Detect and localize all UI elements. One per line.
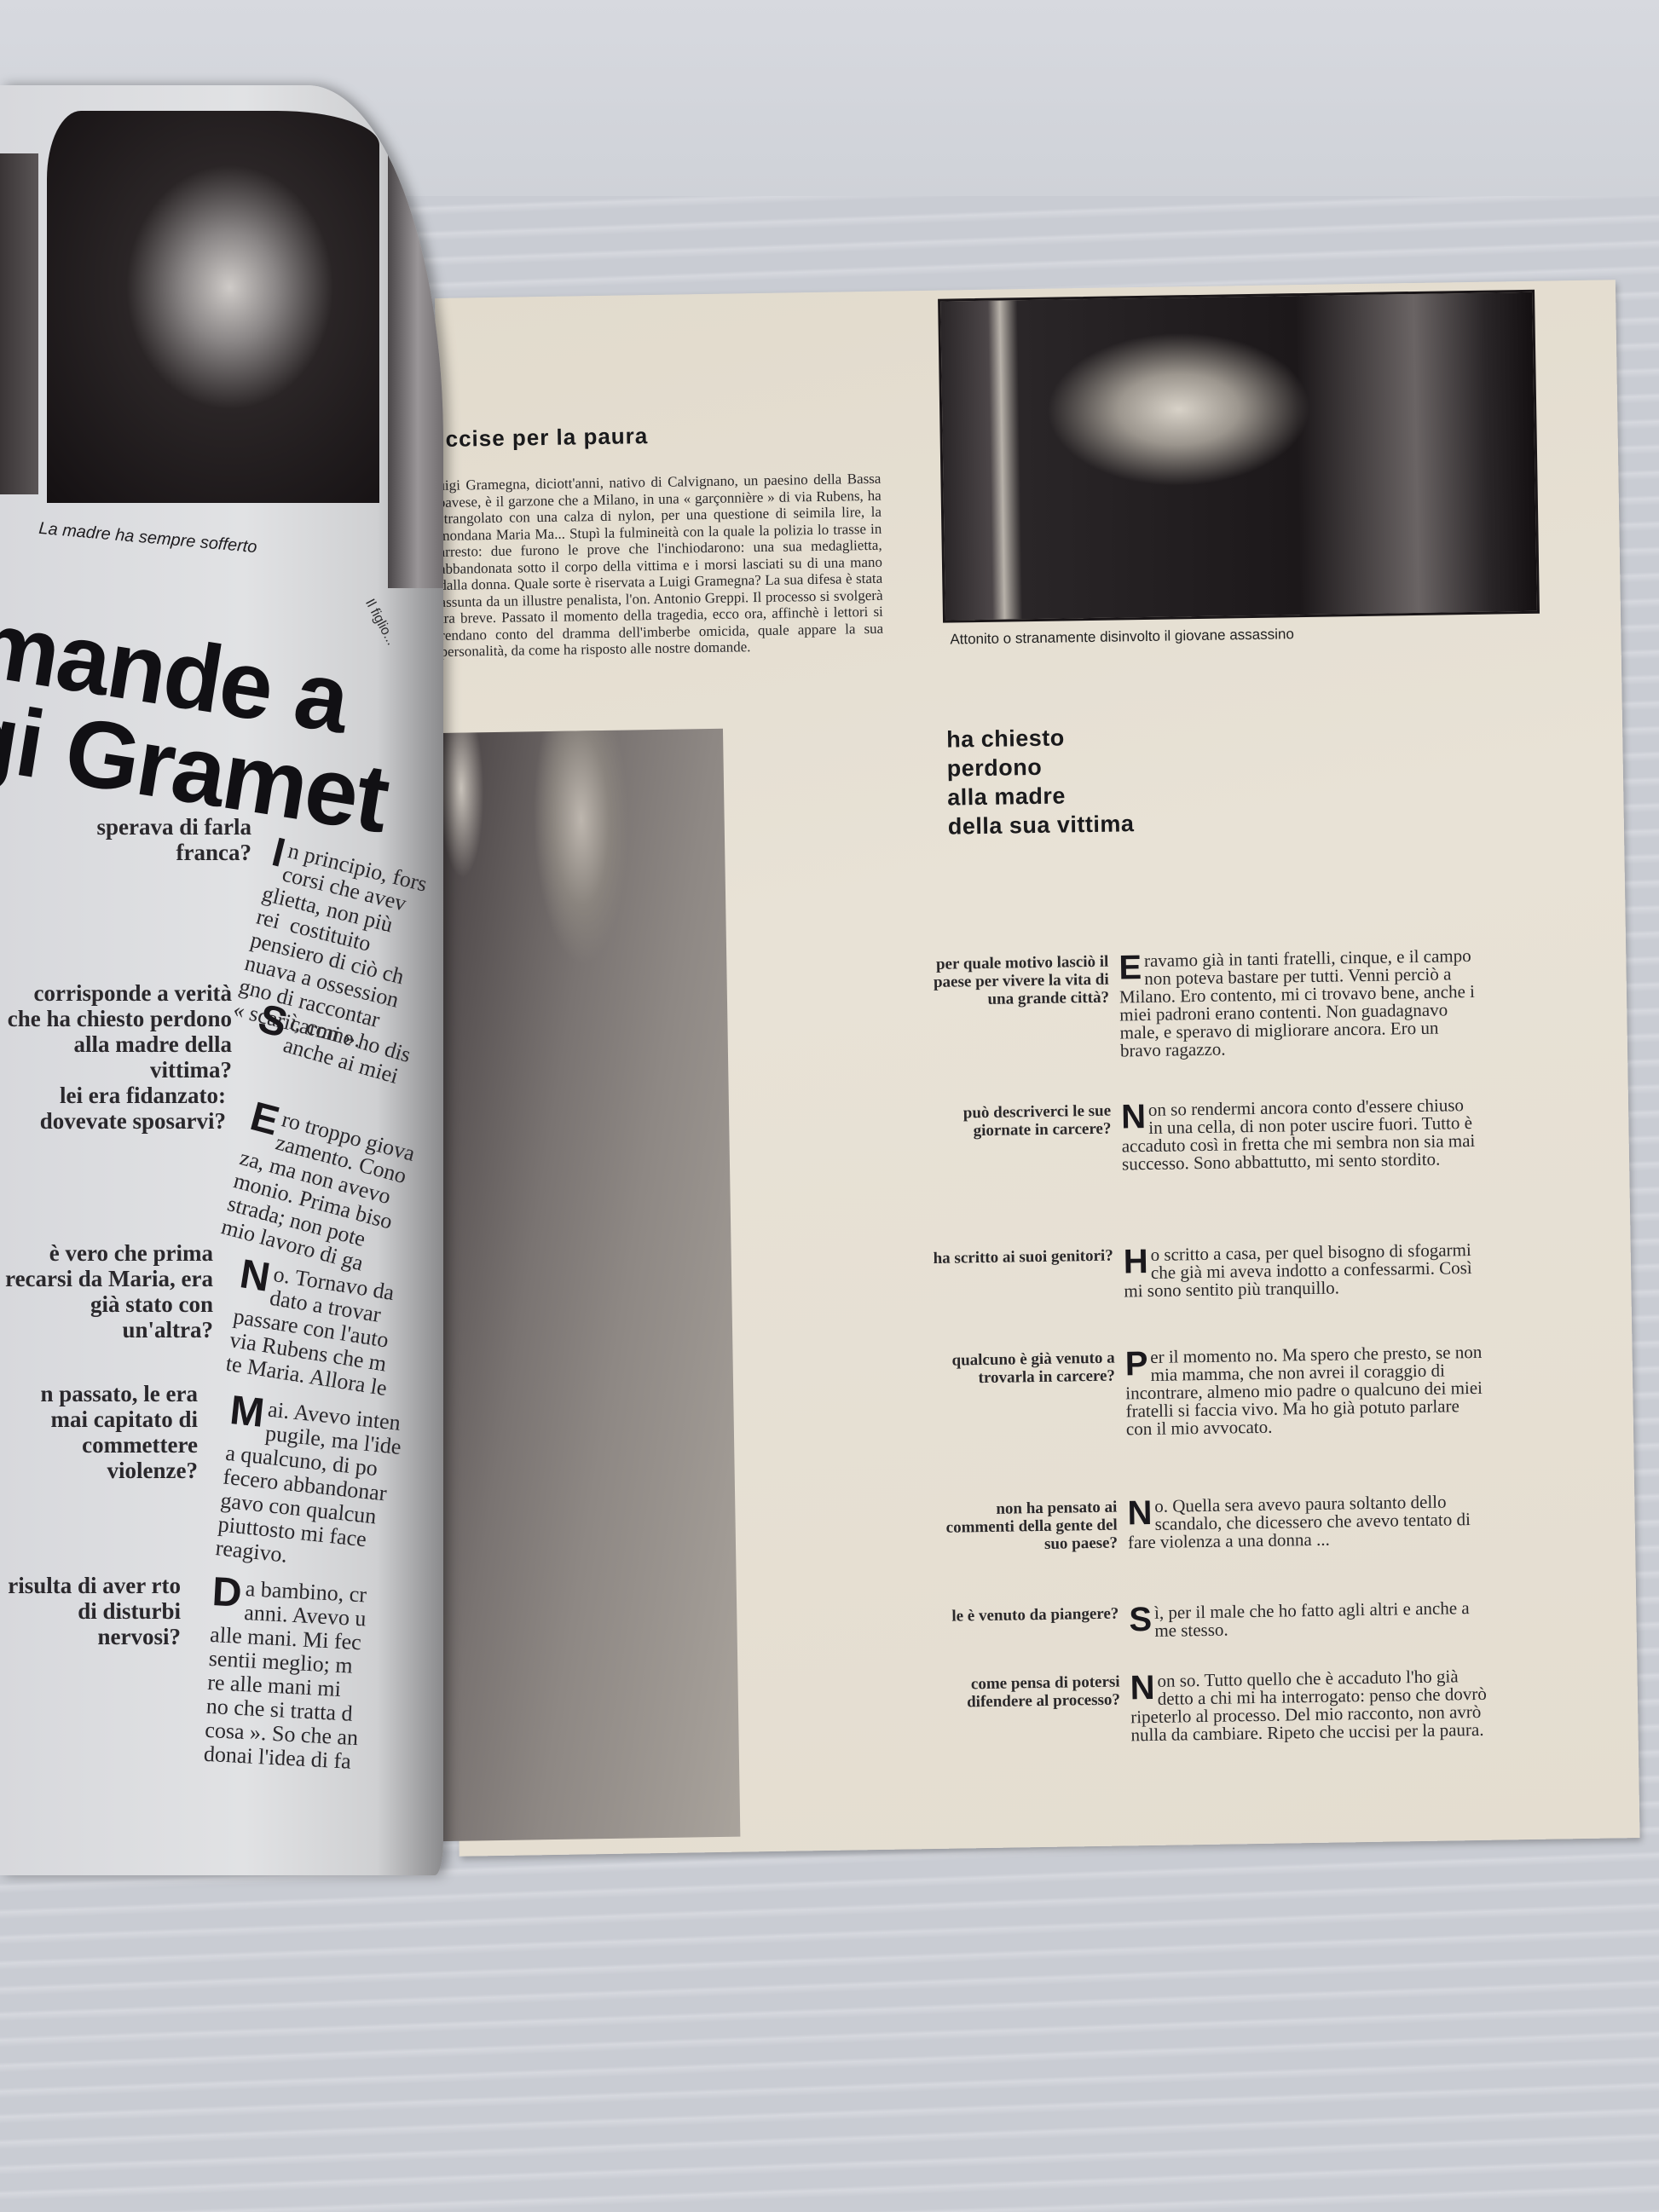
- qa-item: ha scritto ai suoi genitori? Ho scritto …: [928, 1239, 1610, 1303]
- photo-son-partial: [388, 145, 443, 588]
- drop-cap: S: [1129, 1604, 1152, 1635]
- photo-young-man-in-car: [938, 290, 1540, 623]
- answer-text: ravamo già in tanti fratelli, cinque, e …: [1119, 945, 1475, 1060]
- caption-son-photo: Il figlio...: [361, 597, 398, 648]
- answer: Ho scritto a casa, per quel bisogno di s…: [1124, 1241, 1483, 1301]
- answer: Sì, per il male che ho fatto agli altri …: [1129, 1599, 1488, 1641]
- drop-cap: M: [228, 1394, 266, 1431]
- question: risulta di aver rto di disturbi nervosi?: [0, 1573, 181, 1649]
- answer-text: ì, per il male che ho fatto agli altri e…: [1154, 1597, 1470, 1641]
- drop-cap: N: [1130, 1672, 1154, 1703]
- question: per quale motivo lasciò il paese per viv…: [922, 952, 1120, 1063]
- answer-text: on so. Tutto quello che è accaduto l'ho …: [1130, 1666, 1487, 1745]
- qa-item: non ha pensato ai commenti della gente d…: [931, 1490, 1614, 1555]
- question: n passato, le era mai capitato di commet…: [0, 1381, 198, 1483]
- answer-text: o scritto a casa, per quel bisogno di sf…: [1124, 1239, 1472, 1301]
- qa-item: come pensa di potersi difendere al proce…: [934, 1665, 1616, 1747]
- intro-title: ccise per la paura: [445, 423, 648, 453]
- caption-car-photo: Attonito o stranamente disinvolto il gio…: [950, 626, 1294, 648]
- answer: Non so. Tutto quello che è accaduto l'ho…: [1130, 1667, 1488, 1745]
- drop-cap: N: [1121, 1101, 1146, 1132]
- answer-text: er il momento no. Ma spero che presto, s…: [1125, 1342, 1483, 1440]
- answer: No. Quella sera avevo paura soltanto del…: [1127, 1493, 1486, 1552]
- drop-cap: H: [1124, 1246, 1148, 1277]
- right-page: ccise per la paura uigi Gramegna, diciot…: [435, 280, 1640, 1857]
- answer: Per il momento no. Ma spero che presto, …: [1124, 1343, 1484, 1439]
- drop-cap: P: [1124, 1349, 1147, 1379]
- question: ha scritto ai suoi genitori?: [928, 1246, 1124, 1303]
- subheadline-line: perdono: [946, 751, 1133, 783]
- subheadline-line: alla madre: [947, 780, 1134, 811]
- question: corrisponde a verità che ha chiesto perd…: [0, 980, 232, 1083]
- qa-item: le è venuto da piangere? Sì, per il male…: [933, 1597, 1616, 1643]
- question: non ha pensato ai commenti della gente d…: [931, 1498, 1128, 1555]
- drop-cap: N: [1127, 1498, 1152, 1528]
- subheadline-line: ha chiesto: [946, 722, 1133, 754]
- drop-cap: N: [238, 1257, 273, 1296]
- caption-mother-photo: La madre ha sempre sofferto: [38, 519, 257, 557]
- answer: No. Tornavo da dato a trovar passare con…: [224, 1257, 403, 1401]
- headline: mande a gi Gramet: [0, 597, 408, 846]
- question: come pensa di potersi difendere al proce…: [934, 1672, 1130, 1747]
- qa-item: per quale motivo lasciò il paese per viv…: [922, 945, 1606, 1064]
- photo-partial-left: [0, 153, 38, 494]
- answer: Mai. Avevo inten pugile, ma l'ide a qual…: [215, 1394, 402, 1578]
- answer: Non so rendermi ancora conto d'essere ch…: [1121, 1096, 1480, 1174]
- qa-item: può descriverci le sue giornate in carce…: [925, 1094, 1608, 1177]
- drop-cap: E: [1119, 952, 1142, 983]
- question: le è venuto da piangere?: [933, 1604, 1130, 1643]
- question: qualcuno è già venuto a trovarla in carc…: [928, 1349, 1126, 1441]
- intro-paragraph: uigi Gramegna, diciott'anni, nativo di C…: [437, 471, 883, 661]
- qa-item: qualcuno è già venuto a trovarla in carc…: [928, 1341, 1612, 1441]
- question: può descriverci le sue giornate in carce…: [925, 1101, 1122, 1176]
- drop-cap: E: [247, 1100, 282, 1140]
- answer-text: on so rendermi ancora conto d'essere chi…: [1122, 1094, 1476, 1174]
- photo-mother: [47, 111, 379, 503]
- answer: Eravamo già in tanti fratelli, cinque, e…: [1119, 947, 1478, 1060]
- answer-text: o. Quella sera avevo paura soltanto dell…: [1128, 1492, 1471, 1553]
- question: lei era fidanzato: dovevate sposarvi?: [0, 1083, 226, 1134]
- subheadline-line: della sua vittima: [948, 809, 1135, 840]
- left-page: La madre ha sempre sofferto Il figlio...…: [0, 85, 443, 1875]
- drop-cap: D: [211, 1575, 243, 1611]
- answer: Da bambino, cr anni. Avevo u alle mani. …: [203, 1575, 367, 1774]
- subheadline: ha chiesto perdono alla madre della sua …: [946, 722, 1135, 840]
- question: sperava di farla franca?: [34, 814, 251, 865]
- question: è vero che prima recarsi da Maria, era g…: [0, 1240, 213, 1343]
